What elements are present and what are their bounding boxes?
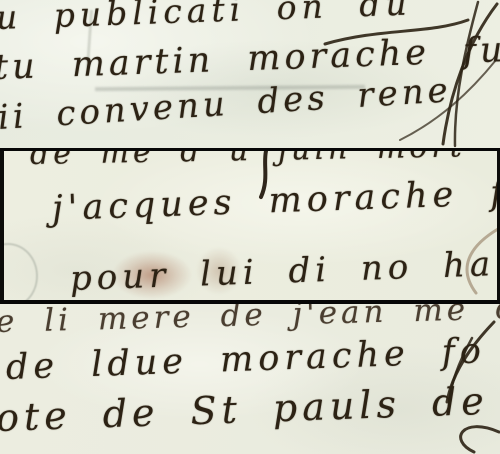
handwritten-line: j'acques morache f	[51, 173, 500, 229]
flourish-stroke	[461, 427, 499, 452]
manuscript-scan: u publicati on du tu martin morache fu i…	[0, 0, 500, 454]
manuscript-strip-top: u publicati on du tu martin morache fu i…	[0, 0, 500, 148]
handwritten-line: pour lui di no ha	[69, 244, 496, 299]
manuscript-strip-bottom: e li mere de j'ean me o de ldue morache …	[0, 304, 500, 454]
separator-line	[0, 148, 500, 151]
handwritten-line: de me d u juin mort	[30, 151, 466, 172]
flourish-stroke	[443, 4, 497, 144]
handwritten-line: ote de St pauls de fa	[0, 376, 500, 440]
pencil-mark	[0, 243, 38, 300]
separator-line	[0, 300, 500, 304]
handwritten-line: u publicati on du	[0, 0, 412, 37]
page-edge	[0, 151, 4, 300]
handwritten-line: de ldue morache fo	[5, 331, 486, 388]
flourish-stroke	[455, 2, 478, 146]
manuscript-strip-middle: de me d u juin mort j'acques morache f p…	[0, 151, 500, 300]
